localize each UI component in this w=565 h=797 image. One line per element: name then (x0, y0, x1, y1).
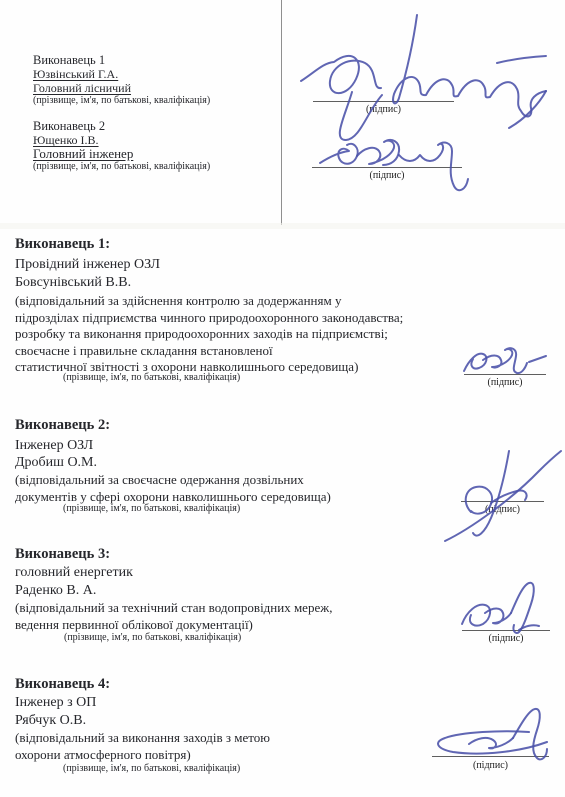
signature-line (313, 101, 454, 102)
signature-caption: (підпис) (461, 504, 544, 516)
person-name: Дробиш О.М. (15, 454, 97, 471)
signature-bovsunivskyi-image (464, 348, 546, 373)
person-name: Бовсунівський В.В. (15, 274, 131, 291)
responsibility-text: (відповідальний за технічний стан водопр… (15, 600, 475, 633)
person-role: Головний лісничий (33, 81, 210, 95)
scan-table-divider-line (281, 0, 282, 225)
executor-header: Виконавець 2: (15, 417, 110, 433)
signature-line (464, 374, 546, 375)
person-role: Інженер з ОП (15, 694, 96, 711)
signature-yushchenko-image (320, 140, 468, 190)
responsibility-text: (відповідальний за виконання заходів з м… (15, 730, 475, 763)
executor-header: Виконавець 3: (15, 546, 110, 562)
person-role: головний енергетик (15, 564, 133, 581)
person-name: Рябчук О.В. (15, 712, 86, 729)
signature-line (462, 630, 550, 631)
signature-line (461, 501, 544, 502)
fields-caption: (прізвище, ім'я, по батькові, кваліфікац… (33, 161, 210, 173)
fields-caption: (прізвище, ім'я, по батькові, кваліфікац… (33, 95, 210, 107)
executor-header: Виконавець 4: (15, 676, 110, 692)
person-name: Ющенко І.В. (33, 133, 210, 147)
signature-caption: (підпис) (462, 633, 550, 645)
responsibility-text: (відповідальний за здійснення контролю з… (15, 293, 475, 376)
executor-header: Виконавець 1: (15, 236, 110, 252)
fields-caption: (прізвище, ім'я, по батькові, кваліфікац… (64, 632, 241, 644)
scan-seam-band (0, 223, 565, 229)
person-role: Інженер ОЗЛ (15, 437, 93, 454)
signature-line (312, 167, 462, 168)
signature-caption: (підпис) (464, 377, 546, 389)
person-role: Головний інженер (33, 147, 210, 161)
executor-label: Виконавець 1 (33, 53, 210, 67)
responsibility-text: (відповідальний за своєчасне одержання д… (15, 472, 475, 505)
executor-label: Виконавець 2 (33, 119, 210, 133)
scanned-document-page: Виконавець 1 Юзвінський Г.А. Головний лі… (0, 0, 565, 797)
signature-caption: (підпис) (312, 170, 462, 182)
person-name: Раденко В. А. (15, 582, 96, 599)
person-role: Провідний інженер ОЗЛ (15, 256, 160, 273)
fields-caption: (прізвище, ім'я, по батькові, кваліфікац… (63, 763, 240, 775)
signature-caption: (підпис) (313, 104, 454, 116)
top-executor-block-1: Виконавець 1 Юзвінський Г.А. Головний лі… (33, 53, 210, 107)
top-executor-block-2: Виконавець 2 Ющенко І.В. Головний інжене… (33, 119, 210, 173)
signature-yuzvinskyi-image (301, 15, 546, 140)
fields-caption: (прізвище, ім'я, по батькові, кваліфікац… (63, 372, 240, 384)
person-name: Юзвінський Г.А. (33, 67, 210, 81)
signature-caption: (підпис) (432, 760, 549, 772)
signature-line (432, 756, 549, 757)
fields-caption: (прізвище, ім'я, по батькові, кваліфікац… (63, 503, 240, 515)
